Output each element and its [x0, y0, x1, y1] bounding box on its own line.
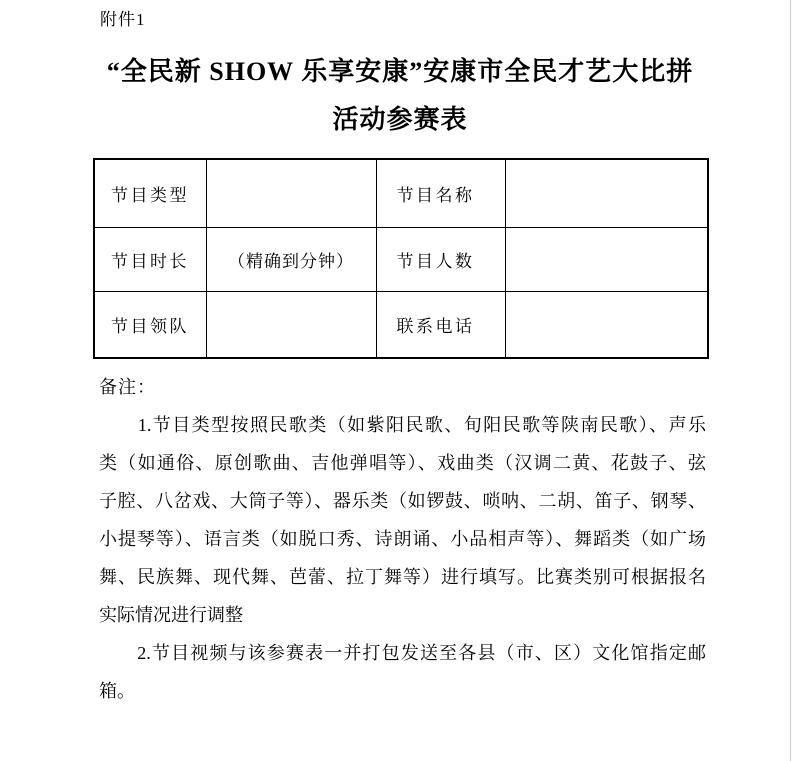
notes-section: 备注： 1.节目类型按照民歌类（如紫阳民歌、旬阳民歌等陕南民歌）、声乐 类（如通…	[99, 368, 706, 710]
field-label-program-people-count: 节目人数	[376, 227, 505, 291]
note-line: 子腔、八岔戏、大筒子等）、器乐类（如锣鼓、唢呐、二胡、笛子、钢琴、	[99, 482, 706, 520]
registration-form-table: 节目类型 节目名称 节目时长 （精确到分钟） 节目人数 节目领队 联系电话	[93, 158, 709, 359]
note-line: 箱。	[99, 672, 706, 710]
document-title: “全民新 SHOW 乐享安康”安康市全民才艺大比拼 活动参赛表	[93, 48, 707, 144]
field-input-program-people-count[interactable]	[505, 227, 708, 291]
attachment-label: 附件1	[100, 5, 146, 30]
title-line-1: “全民新 SHOW 乐享安康”安康市全民才艺大比拼	[93, 48, 707, 96]
field-input-program-name[interactable]	[505, 159, 708, 227]
field-input-program-duration[interactable]: （精确到分钟）	[206, 227, 376, 291]
note-line: 类（如通俗、原创歌曲、吉他弹唱等）、戏曲类（汉调二黄、花鼓子、弦	[99, 444, 706, 482]
field-label-program-name: 节目名称	[376, 159, 505, 227]
table-row: 节目类型 节目名称	[94, 159, 708, 227]
field-label-contact-phone: 联系电话	[376, 291, 505, 358]
note-line: 实际情况进行调整	[99, 596, 706, 634]
field-input-contact-phone[interactable]	[505, 291, 708, 358]
note-line: 舞、民族舞、现代舞、芭蕾、拉丁舞等）进行填写。比赛类别可根据报名	[99, 558, 706, 596]
field-input-program-type[interactable]	[206, 159, 376, 227]
field-label-program-duration: 节目时长	[94, 227, 206, 291]
table-row: 节目时长 （精确到分钟） 节目人数	[94, 227, 708, 291]
table-row: 节目领队 联系电话	[94, 291, 708, 358]
field-label-program-type: 节目类型	[94, 159, 206, 227]
field-input-program-leader[interactable]	[206, 291, 376, 358]
note-line: 1.节目类型按照民歌类（如紫阳民歌、旬阳民歌等陕南民歌）、声乐	[99, 406, 706, 444]
notes-heading: 备注：	[99, 368, 706, 406]
title-line-2: 活动参赛表	[93, 96, 707, 144]
field-label-program-leader: 节目领队	[94, 291, 206, 358]
note-line: 2.节目视频与该参赛表一并打包发送至各县（市、区）文化馆指定邮	[99, 634, 706, 672]
page-edge-line	[790, 0, 791, 761]
note-line: 小提琴等）、语言类（如脱口秀、诗朗诵、小品相声等）、舞蹈类（如广场	[99, 520, 706, 558]
